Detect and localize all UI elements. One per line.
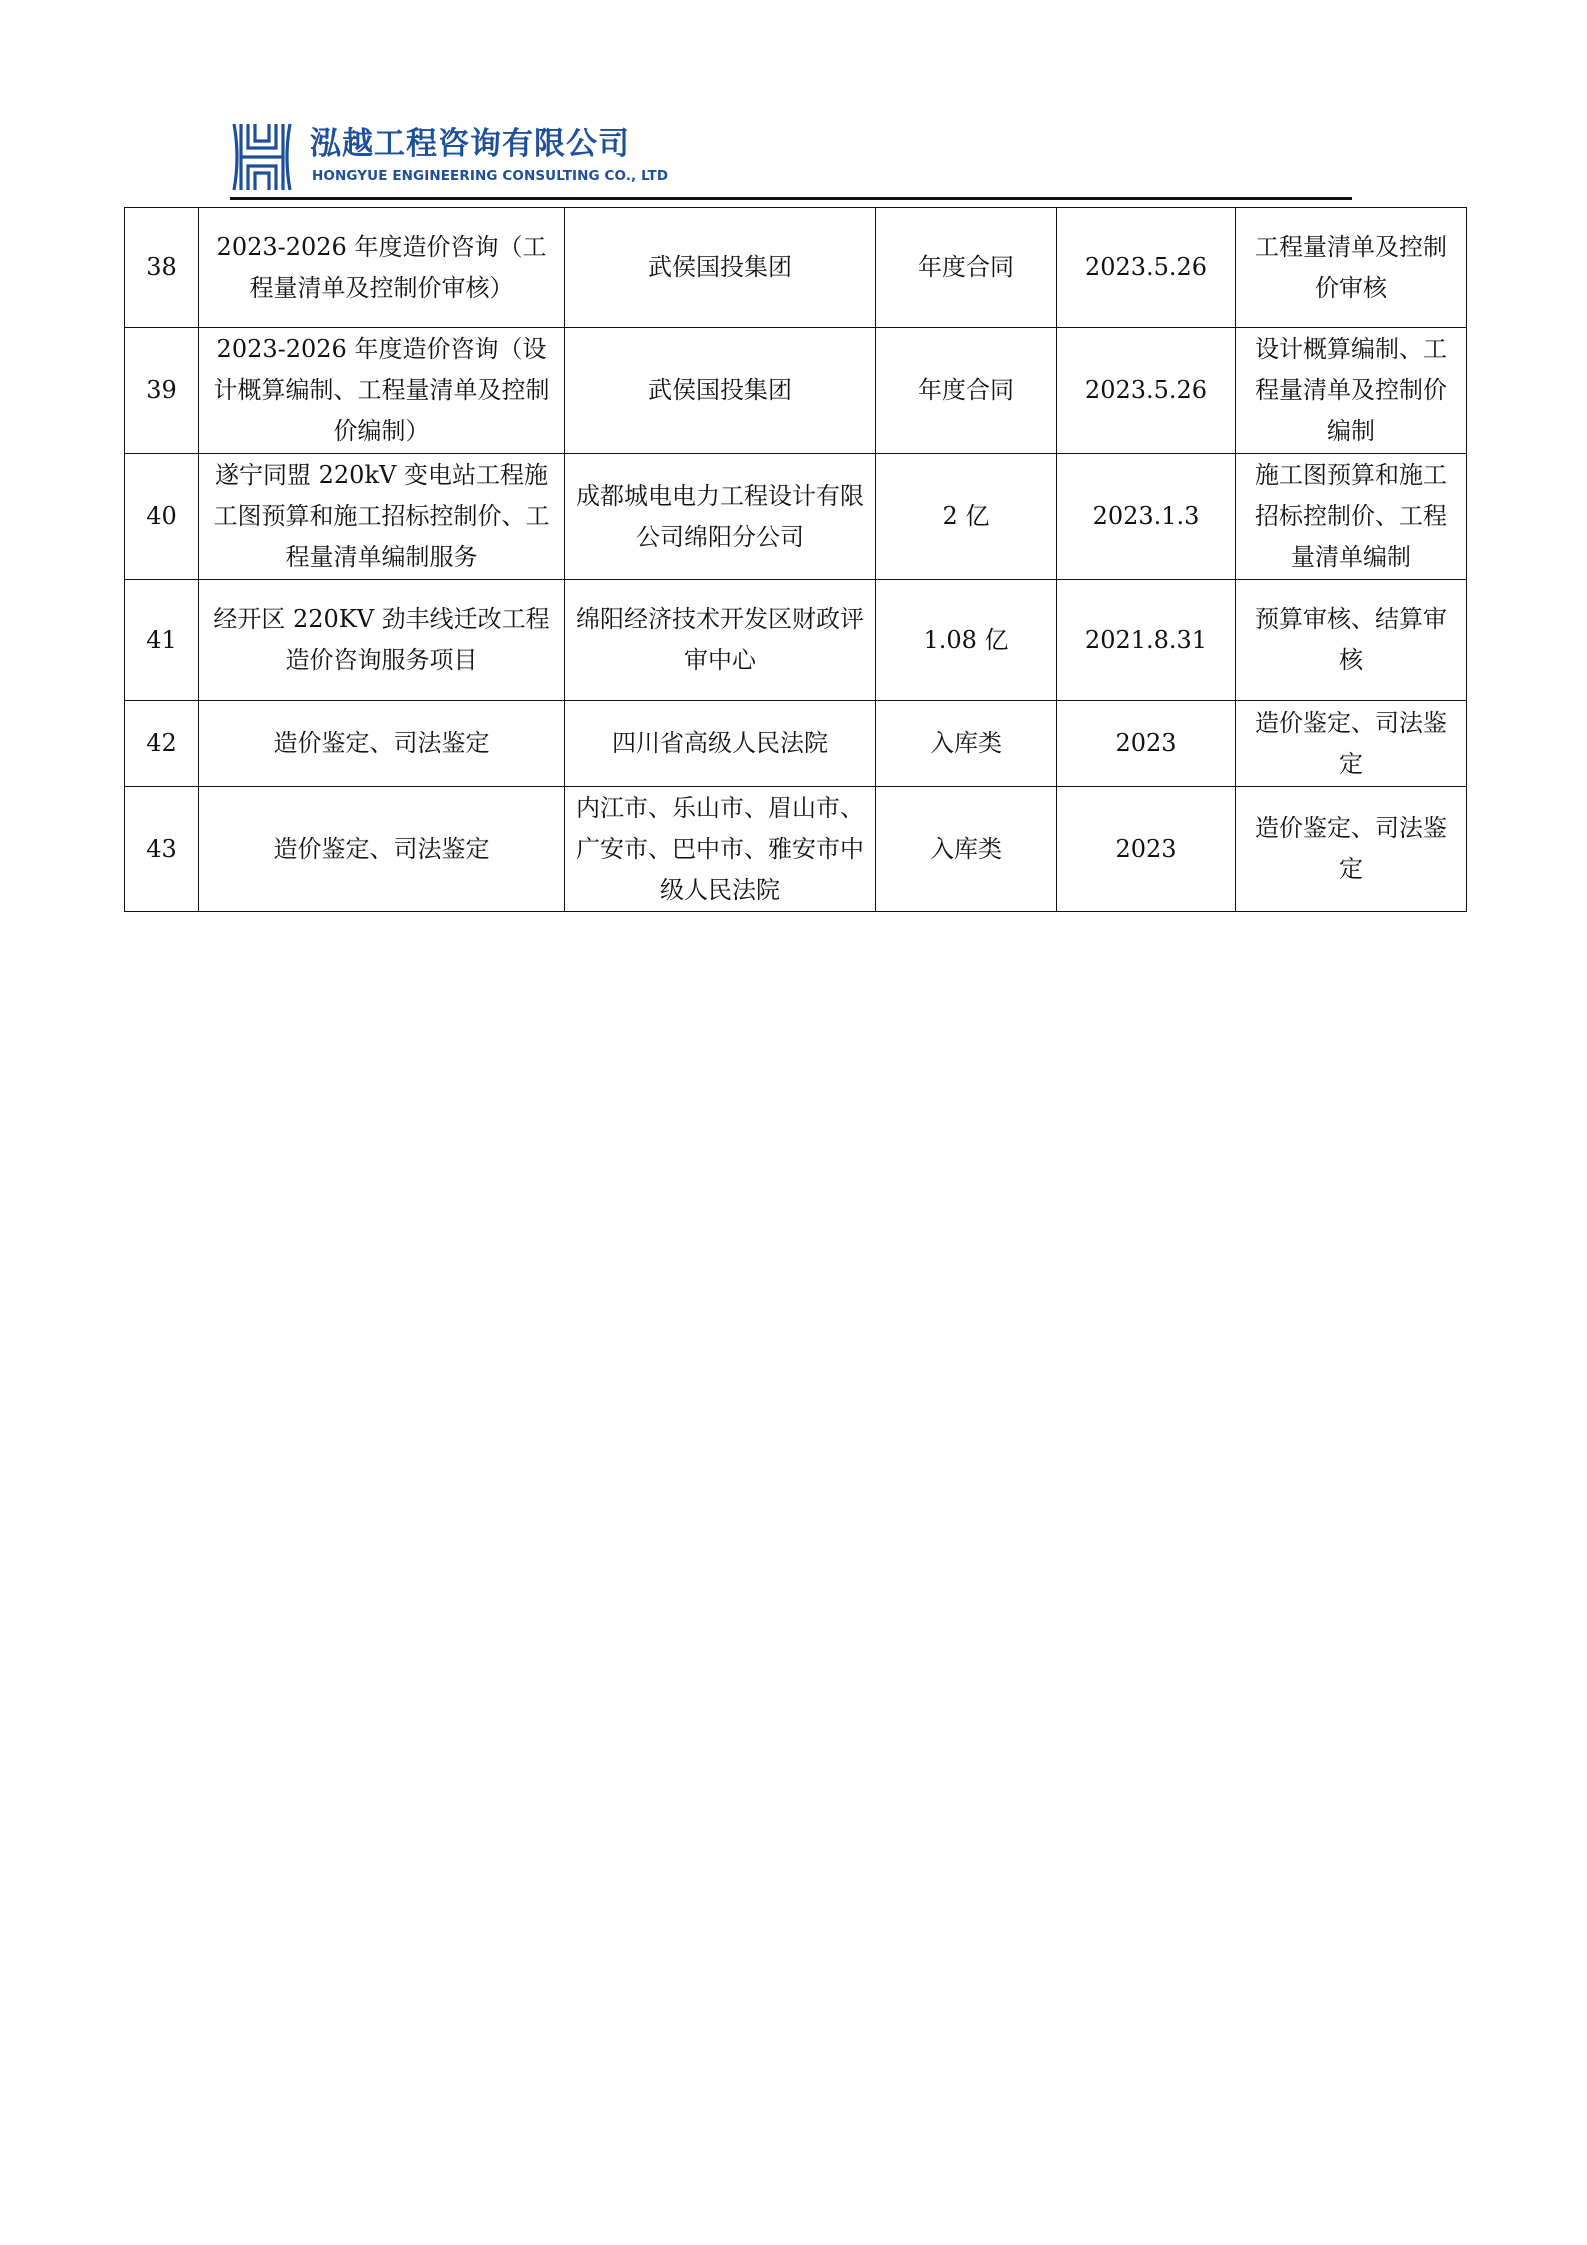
contract-date: 2023.5.26: [1057, 208, 1236, 328]
project-name: 造价鉴定、司法鉴定: [199, 787, 565, 912]
row-number: 38: [125, 208, 199, 328]
row-number: 41: [125, 580, 199, 701]
row-number: 42: [125, 701, 199, 787]
client-name: 内江市、乐山市、眉山市、广安市、巴中市、雅安市中级人民法院: [565, 787, 876, 912]
row-number: 43: [125, 787, 199, 912]
contract-date: 2023: [1057, 787, 1236, 912]
table-row: 41 经开区 220KV 劲丰线迁改工程造价咨询服务项目 绵阳经济技术开发区财政…: [125, 580, 1467, 701]
table-row: 40 遂宁同盟 220kV 变电站工程施工图预算和施工招标控制价、工程量清单编制…: [125, 454, 1467, 580]
client-name: 绵阳经济技术开发区财政评审中心: [565, 580, 876, 701]
contract-amount: 入库类: [876, 787, 1057, 912]
project-name: 经开区 220KV 劲丰线迁改工程造价咨询服务项目: [199, 580, 565, 701]
contract-date: 2021.8.31: [1057, 580, 1236, 701]
client-name: 武侯国投集团: [565, 328, 876, 454]
header-divider: [230, 197, 1352, 200]
project-name: 遂宁同盟 220kV 变电站工程施工图预算和施工招标控制价、工程量清单编制服务: [199, 454, 565, 580]
page-header: 泓越工程咨询有限公司 HONGYUE ENGINEERING CONSULTIN…: [230, 118, 1352, 200]
client-name: 四川省高级人民法院: [565, 701, 876, 787]
service-scope: 造价鉴定、司法鉴定: [1236, 701, 1467, 787]
project-name: 造价鉴定、司法鉴定: [199, 701, 565, 787]
contract-amount: 年度合同: [876, 328, 1057, 454]
service-scope: 设计概算编制、工程量清单及控制价编制: [1236, 328, 1467, 454]
service-scope: 造价鉴定、司法鉴定: [1236, 787, 1467, 912]
contract-amount: 入库类: [876, 701, 1057, 787]
contract-amount: 2 亿: [876, 454, 1057, 580]
table-row: 39 2023-2026 年度造价咨询（设计概算编制、工程量清单及控制价编制） …: [125, 328, 1467, 454]
project-name: 2023-2026 年度造价咨询（设计概算编制、工程量清单及控制价编制）: [199, 328, 565, 454]
company-logo-icon: [232, 122, 292, 192]
project-table: 38 2023-2026 年度造价咨询（工程量清单及控制价审核） 武侯国投集团 …: [124, 207, 1467, 912]
company-name-en: HONGYUE ENGINEERING CONSULTING CO., LTD: [312, 168, 668, 184]
company-name-cn: 泓越工程咨询有限公司: [310, 126, 630, 162]
table-row: 43 造价鉴定、司法鉴定 内江市、乐山市、眉山市、广安市、巴中市、雅安市中级人民…: [125, 787, 1467, 912]
contract-date: 2023: [1057, 701, 1236, 787]
contract-date: 2023.1.3: [1057, 454, 1236, 580]
table-row: 42 造价鉴定、司法鉴定 四川省高级人民法院 入库类 2023 造价鉴定、司法鉴…: [125, 701, 1467, 787]
contract-amount: 1.08 亿: [876, 580, 1057, 701]
client-name: 成都城电电力工程设计有限公司绵阳分公司: [565, 454, 876, 580]
project-name: 2023-2026 年度造价咨询（工程量清单及控制价审核）: [199, 208, 565, 328]
service-scope: 预算审核、结算审核: [1236, 580, 1467, 701]
contract-date: 2023.5.26: [1057, 328, 1236, 454]
table-row: 38 2023-2026 年度造价咨询（工程量清单及控制价审核） 武侯国投集团 …: [125, 208, 1467, 328]
row-number: 39: [125, 328, 199, 454]
row-number: 40: [125, 454, 199, 580]
client-name: 武侯国投集团: [565, 208, 876, 328]
service-scope: 施工图预算和施工招标控制价、工程量清单编制: [1236, 454, 1467, 580]
contract-amount: 年度合同: [876, 208, 1057, 328]
service-scope: 工程量清单及控制价审核: [1236, 208, 1467, 328]
